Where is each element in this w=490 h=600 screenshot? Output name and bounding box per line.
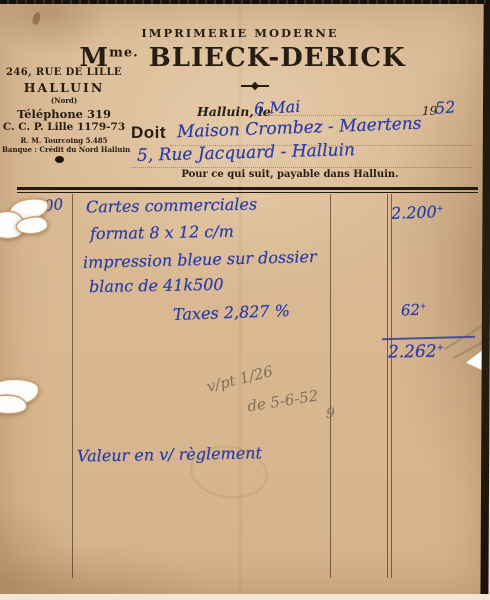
item-amount-mark: + [437, 204, 444, 213]
scan-background-bottom [0, 594, 490, 600]
item-amount: 2.200+ [391, 202, 444, 223]
payable-note: Pour ce qui suit, payable dans Halluin. [140, 169, 440, 180]
pencil-note-line2: de 5-6-52 [246, 387, 319, 416]
company-tagline: IMPRIMERIE MODERNE [65, 26, 415, 40]
taxes-line: Taxes 2,827 % [173, 301, 290, 324]
date-year-handwritten: 52 [434, 97, 456, 117]
pencil-note-line3: 9 [326, 406, 335, 422]
total-amount: 2.262+ [388, 342, 444, 363]
company-bank: Banque : Crédit du Nord Halluin [2, 145, 126, 154]
company-phone: Téléphone 319 [2, 107, 126, 121]
scan-edge-top [0, 0, 490, 4]
doit-label: Doit [131, 123, 166, 143]
date-handwritten: 6 Mai [254, 97, 301, 118]
invoice-paper: IMPRIMERIE MODERNE Mme. BLIECK-DERICK 24… [0, 3, 483, 595]
debtor-address-handwritten: 5, Rue Jacquard - Halluin [137, 140, 355, 166]
table-top-rule-thin [17, 192, 478, 193]
item-description-line1: Cartes commerciales [86, 195, 257, 217]
company-name-main: BLIECK-DERICK [149, 43, 406, 73]
item-description-line4: blanc de 41k500 [89, 275, 224, 296]
punch-hole-mark [55, 156, 64, 163]
pencil-note-line1: v/pt 1/26 [205, 362, 275, 396]
table-divider-quantity [72, 194, 73, 578]
company-ccp: C. C. P. Lille 1179-73 [2, 121, 126, 133]
tax-amount: 62+ [401, 300, 427, 319]
table-top-rule-thick [17, 187, 478, 190]
ink-speck [31, 11, 42, 26]
total-amount-value: 2.262 [388, 342, 437, 363]
company-registry: R. M. Tourcoing 5.485 [2, 136, 126, 145]
company-address-city: HALLUIN [2, 80, 126, 95]
company-address-region: (Nord) [2, 96, 126, 105]
item-amount-value: 2.200 [391, 202, 437, 223]
tax-amount-mark: + [420, 301, 427, 310]
company-name-superscript: me. [109, 45, 139, 60]
header-divider [241, 85, 269, 87]
header-divider-diamond [251, 82, 259, 90]
tax-amount-value: 62 [401, 301, 421, 320]
table-divider-amount-outer [387, 194, 388, 578]
item-description-line3: impression bleue sur dossier [83, 247, 317, 272]
scanned-invoice-document: IMPRIMERIE MODERNE Mme. BLIECK-DERICK 24… [0, 0, 490, 600]
table-divider-amount-inner [391, 194, 392, 578]
table-divider-middle [330, 194, 331, 578]
company-address-line1: 246, RUE DE LILLE [2, 67, 126, 78]
item-description-line2: format 8 x 12 c/m [90, 222, 234, 244]
doit-rule-2 [131, 167, 472, 168]
